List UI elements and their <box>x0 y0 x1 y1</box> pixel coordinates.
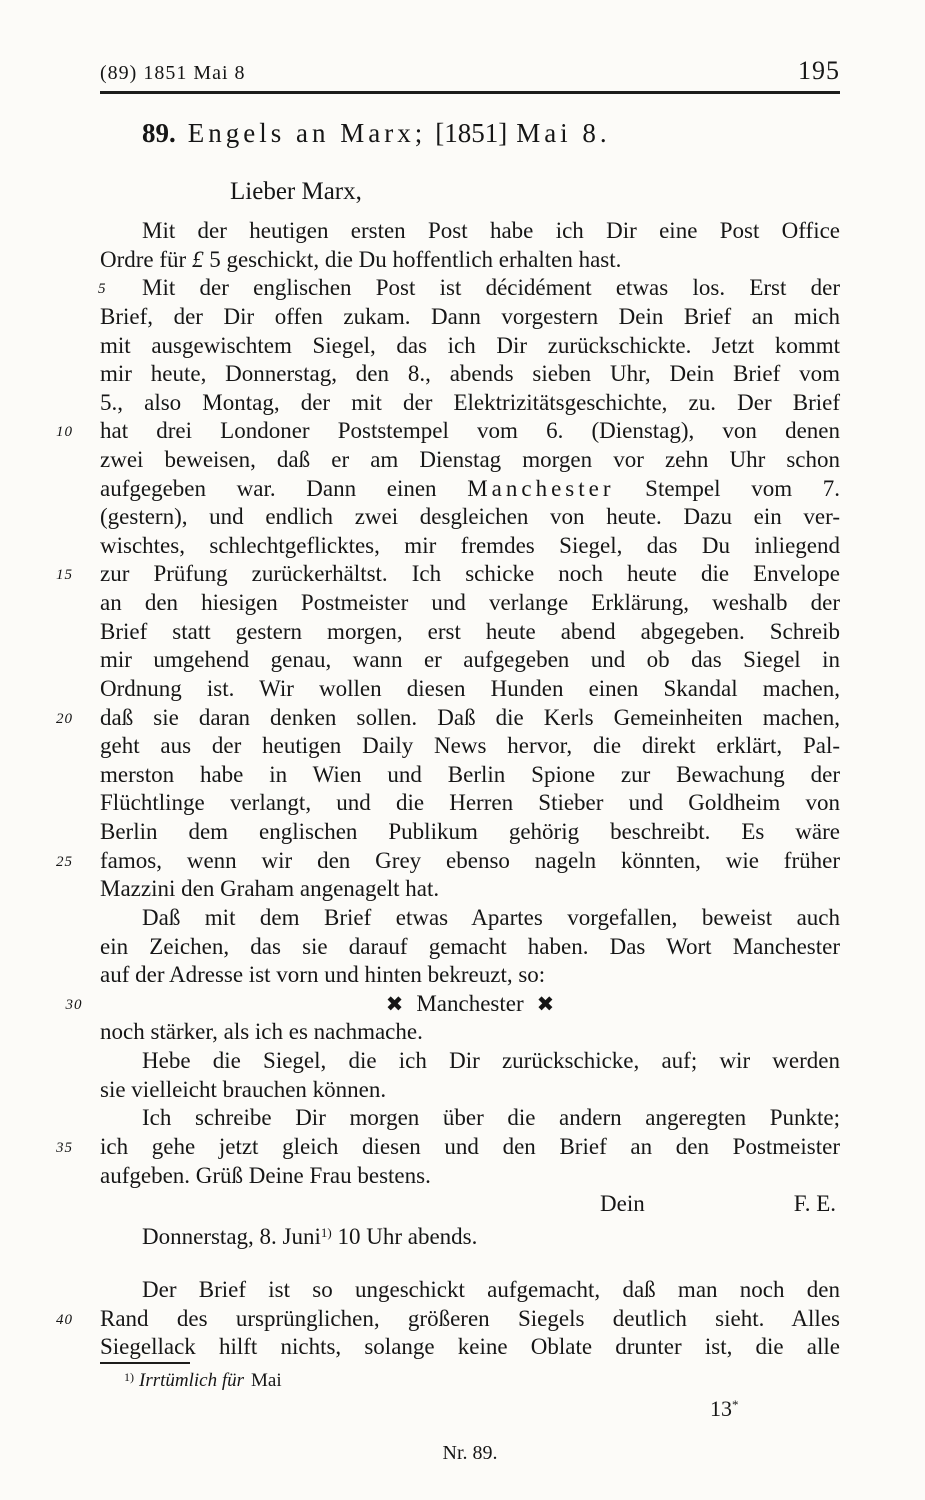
line-text: merston habe in Wien und Berlin Spione z… <box>100 762 840 787</box>
letter-line: sie vielleicht brauchen können. <box>100 1076 840 1105</box>
line-text: mit ausgewischtem Siegel, das ich Dir zu… <box>100 333 840 358</box>
header-rule <box>100 91 840 94</box>
line-text: hat drei Londoner Poststempel vom 6. (Di… <box>100 418 840 443</box>
letter-line: mir umgehend genau, wann er aufgegeben u… <box>100 646 840 675</box>
line-text: Daß mit dem Brief etwas Apartes vorgefal… <box>142 905 840 930</box>
line-text: Donnerstag, 8. Juni <box>142 1224 321 1249</box>
letter-line: Brief statt gestern morgen, erst heute a… <box>100 618 840 647</box>
letter-number: 89. <box>142 118 176 148</box>
page-header: (89) 1851 Mai 8 195 <box>100 62 840 85</box>
line-text: Mit der heutigen ersten Post habe ich Di… <box>142 218 840 243</box>
letter-line: Ordnung ist. Wir wollen diesen Hunden ei… <box>100 675 840 704</box>
line-text: an den hiesigen Postmeister und verlange… <box>100 590 840 615</box>
line-text: Berlin dem englischen Publikum gehörig b… <box>100 819 840 844</box>
letter-line: Hebe die Siegel, die ich Dir zurückschic… <box>100 1047 840 1076</box>
line-text: famos, wenn wir den Grey ebenso nageln k… <box>100 848 840 873</box>
letter-heading-date: Mai 8. <box>516 118 611 148</box>
line-text: Rand des ursprünglichen, größeren Siegel… <box>100 1306 840 1331</box>
letter-line: ein Zeichen, das sie darauf gemacht habe… <box>100 933 840 962</box>
catchword-nr: Nr. 89. <box>100 1442 840 1465</box>
letter-line: 15zur Prüfung zurückerhältst. Ich schick… <box>100 560 840 589</box>
letter-line: 5., also Montag, der mit der Elektrizitä… <box>100 389 840 418</box>
footnote: 1)Irrtümlich fürMai <box>124 1370 282 1392</box>
line-text: Stempel vom 7. <box>615 476 841 501</box>
printer-signature-star: * <box>732 1397 739 1412</box>
line-number: 25 <box>56 855 92 870</box>
footnote-plain-text: Mai <box>251 1370 282 1391</box>
line-text: Brief, der Dir offen zukam. Dann vorgest… <box>100 304 840 329</box>
line-text: Manchester <box>416 991 523 1016</box>
letter-line: an den hiesigen Postmeister und verlange… <box>100 589 840 618</box>
line-number: 15 <box>56 568 92 583</box>
letter-line: auf der Adresse ist vorn und hinten bekr… <box>100 961 840 990</box>
line-text: aufgegeben war. Dann einen <box>100 476 467 501</box>
line-text: Brief statt gestern morgen, erst heute a… <box>100 619 840 644</box>
line-text: 5 geschickt, die Du hoffentlich erhalten… <box>203 247 621 272</box>
letter-line: 25famos, wenn wir den Grey ebenso nageln… <box>100 847 840 876</box>
line-text: Der Brief ist so ungeschickt aufgemacht,… <box>142 1277 840 1302</box>
letter-line: noch stärker, als ich es nachmache. <box>100 1018 840 1047</box>
line-text: 10 Uhr abends. <box>332 1224 478 1249</box>
book-page: (89) 1851 Mai 8 195 89.Engels an Marx;[1… <box>0 0 925 1500</box>
line-text: aufgeben. Grüß Deine Frau bestens. <box>100 1163 431 1188</box>
letter-line: aufgegeben war. Dann einen Manchester St… <box>100 475 840 504</box>
line-number: 30 <box>56 998 92 1013</box>
line-text: geht aus der heutigen Daily News hervor,… <box>100 733 840 758</box>
letter-line: 10hat drei Londoner Poststempel vom 6. (… <box>100 417 840 446</box>
cross-mark-icon: ✖ <box>537 992 555 1016</box>
line-text: daß sie daran denken sollen. Daß die Ker… <box>100 705 840 730</box>
line-text: Ich schreibe Dir morgen über die andern … <box>142 1105 840 1130</box>
line-text: £ <box>192 247 204 272</box>
cross-mark-icon: ✖ <box>386 992 404 1016</box>
line-text: sie vielleicht brauchen können. <box>100 1077 386 1102</box>
page-number: 195 <box>798 56 840 86</box>
line-number: 35 <box>56 1141 92 1156</box>
letter-line: Brief, der Dir offen zukam. Dann vorgest… <box>100 303 840 332</box>
line-text: wischtes, schlechtgeflicktes, mir fremde… <box>100 533 840 558</box>
letter-line: aufgeben. Grüß Deine Frau bestens. <box>100 1162 840 1191</box>
letter-line: Mit der heutigen ersten Post habe ich Di… <box>100 217 840 246</box>
line-number: 5 <box>56 282 92 297</box>
footnote-rule <box>100 1362 190 1364</box>
line-text: Mazzini den Graham angenagelt hat. <box>100 876 439 901</box>
letter-heading-names: Engels an Marx; <box>188 118 426 148</box>
line-text: Manchester <box>467 476 614 501</box>
letter-line: wischtes, schlechtgeflicktes, mir fremde… <box>100 532 840 561</box>
letter-line: Ordre für £ 5 geschickt, die Du hoffentl… <box>100 246 840 275</box>
line-number: 20 <box>56 712 92 727</box>
letter-heading-year: [1851] <box>435 118 507 148</box>
line-text: zur Prüfung zurückerhältst. Ich schicke … <box>100 561 840 586</box>
line-number: 10 <box>56 425 92 440</box>
letter-line: geht aus der heutigen Daily News hervor,… <box>100 732 840 761</box>
footnote-italic-text: Irrtümlich für <box>139 1370 244 1391</box>
signature-dein: Dein <box>600 1190 645 1218</box>
signature-line: DeinF. E. <box>100 1190 840 1219</box>
line-text: Flüchtlinge verlangt, und die Herren Sti… <box>100 790 840 815</box>
letter-line: mit ausgewischtem Siegel, das ich Dir zu… <box>100 332 840 361</box>
line-text: (gestern), und endlich zwei desgleichen … <box>100 504 840 529</box>
letter-line: 40Rand des ursprünglichen, größeren Sieg… <box>100 1305 840 1334</box>
line-text: 5., also Montag, der mit der Elektrizitä… <box>100 390 840 415</box>
line-text: auf der Adresse ist vorn und hinten bekr… <box>100 962 545 987</box>
footnote-mark: 1) <box>124 1370 134 1384</box>
line-text: mir umgehend genau, wann er aufgegeben u… <box>100 647 840 672</box>
letter-line: mir heute, Donnerstag, den 8., abends si… <box>100 360 840 389</box>
line-number: 40 <box>56 1313 92 1328</box>
printer-signature-number: 13 <box>710 1396 732 1421</box>
letter-line: 5Mit der englischen Post ist décidément … <box>100 274 840 303</box>
line-text: mir heute, Donnerstag, den 8., abends si… <box>100 361 840 386</box>
letter-heading: 89.Engels an Marx;[1851]Mai 8. <box>100 118 882 149</box>
line-text: Ordre für <box>100 247 192 272</box>
letter-line: Flüchtlinge verlangt, und die Herren Sti… <box>100 789 840 818</box>
line-text: ich gehe jetzt gleich diesen und den Bri… <box>100 1134 840 1159</box>
line-text: Ordnung ist. Wir wollen diesen Hunden ei… <box>100 676 840 701</box>
letter-line: Berlin dem englischen Publikum gehörig b… <box>100 818 840 847</box>
letter-line: Der Brief ist so ungeschickt aufgemacht,… <box>100 1276 840 1305</box>
letter-line: Mazzini den Graham angenagelt hat. <box>100 875 840 904</box>
line-text: ein Zeichen, das sie darauf gemacht habe… <box>100 934 840 959</box>
printer-signature-mark: 13* <box>710 1396 739 1422</box>
letter-line: 30✖Manchester✖ <box>100 990 840 1019</box>
signature-initials: F. E. <box>794 1190 836 1218</box>
line-text: Siegellack hilft nichts, solange keine O… <box>100 1334 840 1359</box>
letter-line: merston habe in Wien und Berlin Spione z… <box>100 761 840 790</box>
letter-line: Ich schreibe Dir morgen über die andern … <box>100 1104 840 1133</box>
line-text: Hebe die Siegel, die ich Dir zurückschic… <box>142 1048 840 1073</box>
letter-line: (gestern), und endlich zwei desgleichen … <box>100 503 840 532</box>
letter-line: 20daß sie daran denken sollen. Daß die K… <box>100 704 840 733</box>
letter-line: Daß mit dem Brief etwas Apartes vorgefal… <box>100 904 840 933</box>
line-text: Mit der englischen Post ist décidément e… <box>142 275 840 300</box>
line-text: zwei beweisen, daß er am Dienstag morgen… <box>100 447 840 472</box>
letter-line: Siegellack hilft nichts, solange keine O… <box>100 1333 840 1362</box>
letter-line: zwei beweisen, daß er am Dienstag morgen… <box>100 446 840 475</box>
line-text: noch stärker, als ich es nachmache. <box>100 1019 423 1044</box>
salutation: Lieber Marx, <box>100 178 925 206</box>
letter-line: 35ich gehe jetzt gleich diesen und den B… <box>100 1133 840 1162</box>
letter-line: Donnerstag, 8. Juni1) 10 Uhr abends. <box>100 1219 840 1248</box>
line-text: 1) <box>321 1225 332 1240</box>
header-citation: (89) 1851 Mai 8 <box>100 62 246 84</box>
